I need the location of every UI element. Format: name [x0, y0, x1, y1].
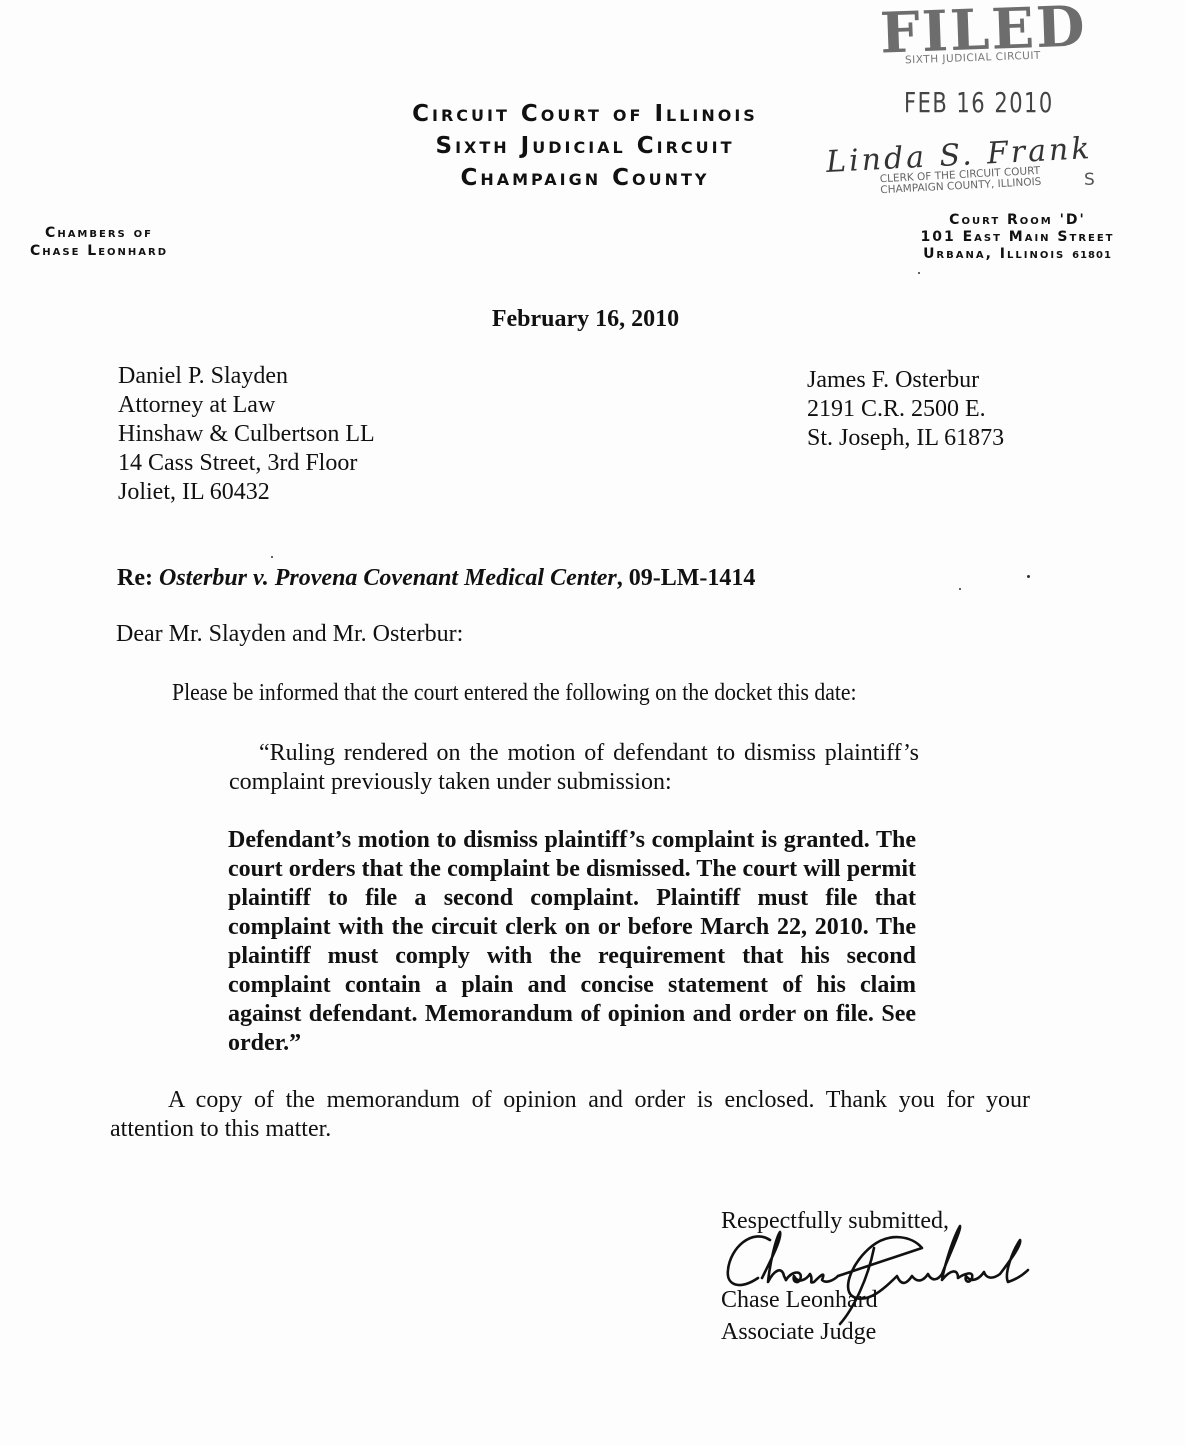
salutation: Dear Mr. Slayden and Mr. Osterbur:	[116, 621, 463, 648]
recipient-right: James F. Osterbur 2191 C.R. 2500 E. St. …	[807, 366, 1004, 453]
chambers-heading: Chambers of Chase Leonhard	[14, 224, 184, 260]
scan-speck	[1027, 575, 1030, 578]
handwritten-signature-icon	[722, 1218, 1042, 1328]
recipient-left-name: Daniel P. Slayden	[118, 362, 375, 391]
court-city-line: Urbana, Illinois 61801	[900, 246, 1135, 264]
chambers-label: Chambers of	[14, 224, 184, 242]
court-letterhead: Circuit Court of Illinois Sixth Judicial…	[370, 98, 800, 194]
re-prefix: Re:	[117, 565, 159, 591]
case-name: Osterbur v. Provena Covenant Medical Cen…	[159, 565, 617, 591]
filed-stamp-date: FEB 16 2010	[904, 86, 1054, 119]
case-number: , 09-LM-1414	[617, 565, 756, 591]
county-name: Champaign County	[370, 162, 800, 194]
circuit-name: Sixth Judicial Circuit	[370, 130, 800, 162]
recipient-right-name: James F. Osterbur	[807, 366, 1004, 395]
docket-quote-intro-text: “Ruling rendered on the motion of defend…	[229, 739, 919, 797]
chambers-judge: Chase Leonhard	[14, 242, 184, 260]
scan-speck	[959, 588, 961, 590]
closing-paragraph: A copy of the memorandum of opinion and …	[110, 1086, 1030, 1144]
letter-date: February 16, 2010	[492, 306, 679, 332]
recipient-left-street: 14 Cass Street, 3rd Floor	[118, 449, 375, 478]
scan-speck	[271, 556, 273, 558]
recipient-left-title: Attorney at Law	[118, 391, 375, 420]
stamp-mark: S	[1084, 170, 1095, 190]
intro-paragraph: Please be informed that the court entere…	[172, 680, 857, 707]
docket-quote-intro: “Ruling rendered on the motion of defend…	[229, 739, 919, 797]
court-name: Circuit Court of Illinois	[370, 98, 800, 130]
recipient-right-city: St. Joseph, IL 61873	[807, 424, 1004, 453]
court-city: Urbana, Illinois	[923, 246, 1065, 262]
letter-date-line: February 16, 2010	[0, 306, 1185, 333]
recipient-left: Daniel P. Slayden Attorney at Law Hinsha…	[118, 362, 375, 507]
docket-ruling: Defendant’s motion to dismiss plaintiff’…	[228, 826, 916, 1058]
court-room: Court Room 'D'	[900, 212, 1135, 229]
recipient-left-firm: Hinshaw & Culbertson LL	[118, 420, 375, 449]
recipient-left-city: Joliet, IL 60432	[118, 478, 375, 507]
scan-speck	[918, 272, 920, 274]
court-address: Court Room 'D' 101 East Main Street Urba…	[900, 212, 1135, 264]
recipient-right-street: 2191 C.R. 2500 E.	[807, 395, 1004, 424]
re-line: Re: Osterbur v. Provena Covenant Medical…	[117, 565, 755, 592]
court-zip: 61801	[1072, 250, 1112, 261]
court-street: 101 East Main Street	[900, 229, 1135, 246]
